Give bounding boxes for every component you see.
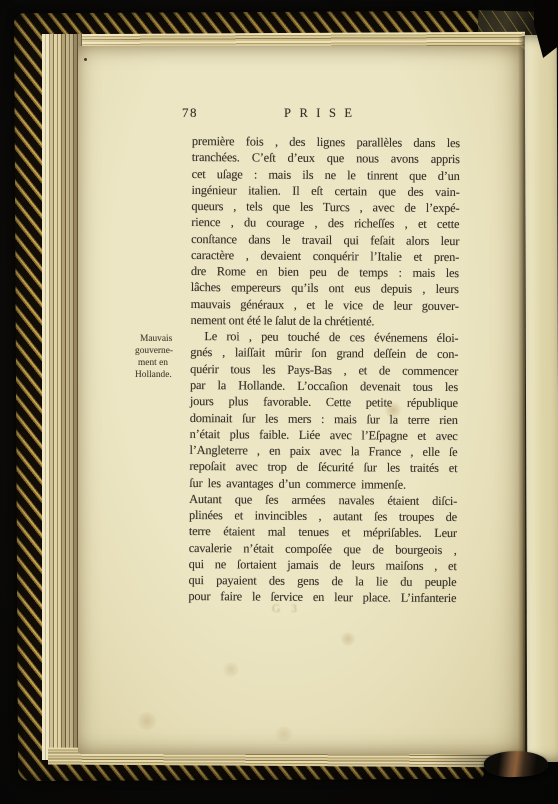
- stain-spot: [136, 712, 158, 730]
- margin-note-line: ment en: [135, 358, 192, 370]
- text-line: pour faire le ſervice en leur place. L’i…: [188, 588, 456, 606]
- text-line: ſur les avantages d’un commerce immenſe.: [189, 475, 457, 493]
- margin-note: Mauvaisgouverne-ment enHollande.: [135, 334, 192, 382]
- book-photograph: 78 PRISE Mauvaisgouverne-ment enHollande…: [0, 0, 558, 804]
- text-line: rience , du courage , des richeſſes , et…: [191, 214, 459, 232]
- margin-note-line: gouverne-: [135, 346, 192, 358]
- text-line: repoſait avec trop de ſécurité ſur les t…: [189, 458, 457, 476]
- stain-spot: [340, 632, 356, 646]
- text-line: cet uſage : mais ils ne le tinrent que d…: [192, 166, 460, 184]
- text-line: tranchées. C’eſt d’eux que nous avons ap…: [192, 149, 460, 167]
- body-text: première fois , des lignes parallèles da…: [188, 133, 460, 607]
- stain-spot: [274, 726, 294, 742]
- ink-fleck: [84, 58, 87, 61]
- text-line: lâches empereurs qu’ils ont eus depuis ,…: [191, 279, 459, 297]
- facing-page-edge: [525, 35, 558, 762]
- text-line: jours plus favorable. Cette petite répub…: [190, 393, 458, 411]
- running-header: PRISE: [284, 106, 361, 121]
- page-number: 78: [182, 105, 198, 121]
- book-page: 78 PRISE Mauvaisgouverne-ment enHollande…: [78, 46, 525, 754]
- text-line: conſtance dans le travail qui feſait alo…: [191, 231, 459, 249]
- text-line: gnés , laiſſait mûrir ſon grand deſſein …: [190, 344, 458, 362]
- stain-spot: [222, 662, 240, 677]
- stain-spot: [384, 402, 402, 418]
- text-line: dominait ſur les mers : mais ſur la terr…: [190, 410, 458, 428]
- text-line: terre étaient mal tenues et mépriſables.…: [189, 523, 457, 541]
- margin-note-line: Hollande.: [135, 370, 192, 382]
- margin-note-line: Mauvais: [135, 334, 192, 346]
- text-line: mauvais généraux , et le vice de leur go…: [191, 296, 459, 314]
- page-stack-left-edge: [42, 34, 82, 760]
- signature-mark: G 3: [272, 603, 301, 615]
- text-line: cavalerie n’était compoſée que de bourge…: [189, 540, 457, 558]
